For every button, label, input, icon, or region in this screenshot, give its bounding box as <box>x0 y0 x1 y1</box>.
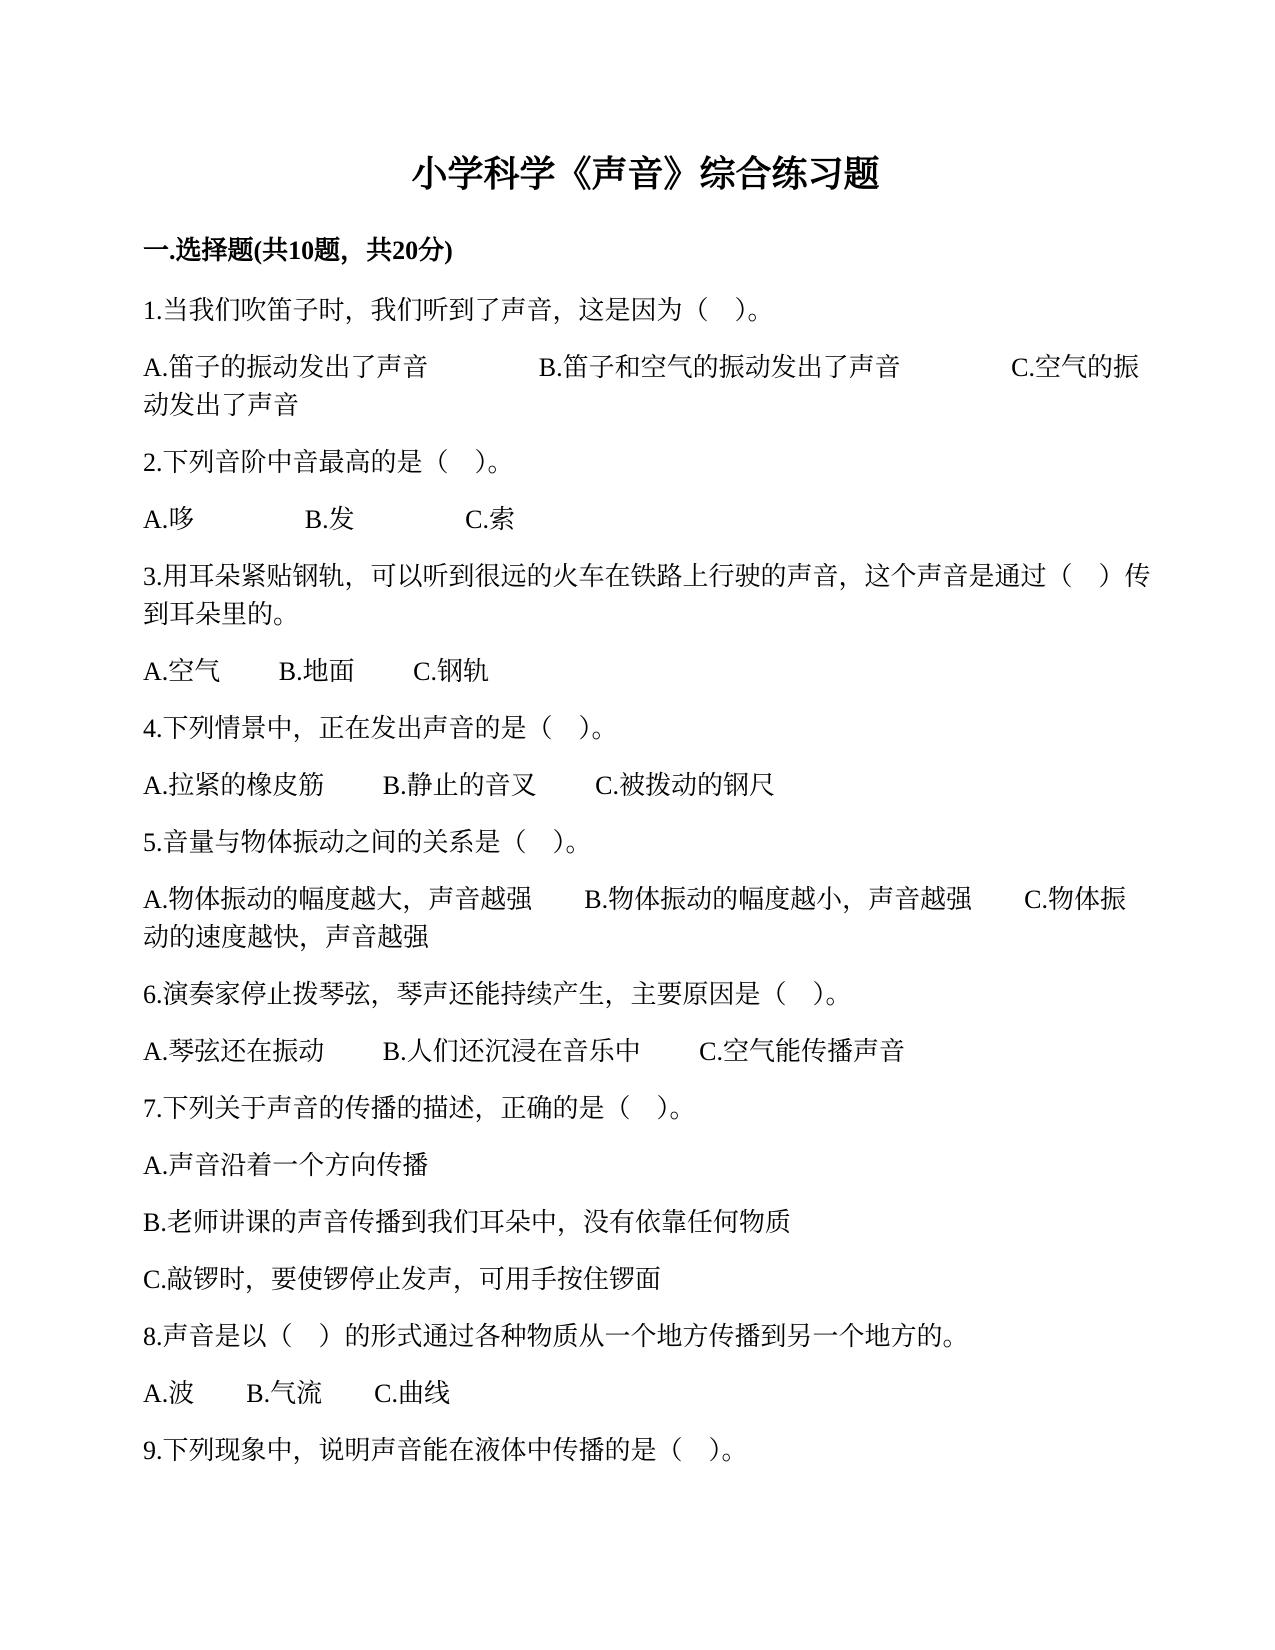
question-7-text: 7.下列关于声音的传播的描述，正确的是（ ）。 <box>143 1090 1148 1128</box>
question-2-text: 2.下列音阶中音最高的是（ ）。 <box>143 444 1148 482</box>
question-5-text: 5.音量与物体振动之间的关系是（ ）。 <box>143 824 1148 862</box>
page-title: 小学科学《声音》综合练习题 <box>143 149 1148 199</box>
question-9-text: 9.下列现象中，说明声音能在液体中传播的是（ ）。 <box>143 1432 1148 1470</box>
question-6-options: A.琴弦还在振动 B.人们还沉浸在音乐中 C.空气能传播声音 <box>143 1033 1148 1071</box>
question-4-text: 4.下列情景中，正在发出声音的是（ ）。 <box>143 710 1148 748</box>
question-8-options: A.波 B.气流 C.曲线 <box>143 1375 1148 1413</box>
question-4-options: A.拉紧的橡皮筋 B.静止的音叉 C.被拨动的钢尺 <box>143 767 1148 805</box>
question-3-options: A.空气 B.地面 C.钢轨 <box>143 653 1148 691</box>
question-7-option-c: C.敲锣时，要使锣停止发声，可用手按住锣面 <box>143 1261 1148 1299</box>
question-5-options: A.物体振动的幅度越大，声音越强 B.物体振动的幅度越小，声音越强 C.物体振 … <box>143 881 1148 957</box>
question-7-option-b: B.老师讲课的声音传播到我们耳朵中，没有依靠任何物质 <box>143 1204 1148 1242</box>
question-1-options: A.笛子的振动发出了声音 B.笛子和空气的振动发出了声音 C.空气的振 动发出了… <box>143 349 1148 425</box>
question-2-options: A.哆 B.发 C.索 <box>143 501 1148 539</box>
question-3-text: 3.用耳朵紧贴钢轨，可以听到很远的火车在铁路上行驶的声音，这个声音是通过（ ）传… <box>143 558 1148 634</box>
section-heading: 一.选择题(共10题，共20分) <box>143 232 1148 270</box>
question-1-text: 1.当我们吹笛子时，我们听到了声音，这是因为（ ）。 <box>143 292 1148 330</box>
question-7-option-a: A.声音沿着一个方向传播 <box>143 1147 1148 1185</box>
document-page: 小学科学《声音》综合练习题 一.选择题(共10题，共20分) 1.当我们吹笛子时… <box>0 0 1275 1650</box>
question-6-text: 6.演奏家停止拨琴弦，琴声还能持续产生，主要原因是（ ）。 <box>143 976 1148 1014</box>
question-8-text: 8.声音是以（ ）的形式通过各种物质从一个地方传播到另一个地方的。 <box>143 1318 1148 1356</box>
